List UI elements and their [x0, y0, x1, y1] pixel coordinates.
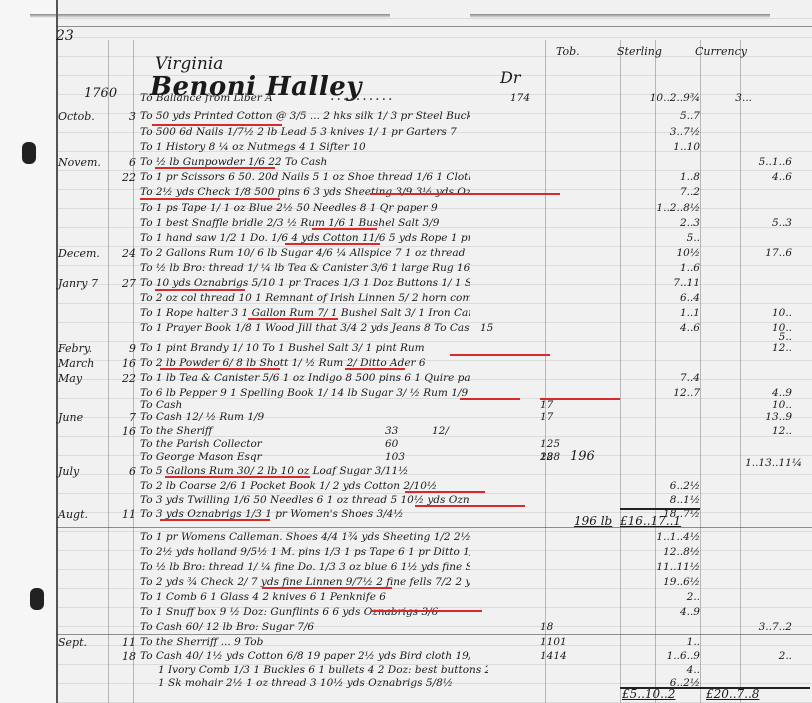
red-underline [415, 505, 525, 507]
red-underline [370, 193, 560, 195]
entry-day: 22 [114, 171, 136, 184]
sterling-amount: 1..1..4½ [620, 531, 700, 543]
entry-description: To 50 yds Printed Cotton @ 3/5 ... 2 hks… [140, 110, 470, 122]
red-underline [450, 354, 550, 356]
entry-month: Octob. [58, 110, 95, 123]
sterling-amount: 1..6..9 [620, 650, 700, 662]
sterling-amount: 1..10 [620, 141, 700, 153]
currency-amount: 4..9 [720, 387, 792, 399]
currency-column-header: Currency [695, 45, 747, 58]
entry-description: To 1 pr Scissors 6 50. 20d Nails 5 1 oz … [140, 171, 470, 183]
red-underline [345, 368, 405, 370]
entry-description: To the Sherriff ... 9 Tob [140, 636, 470, 648]
tobacco-note: 12/ [432, 425, 472, 437]
entry-day: 6 [114, 465, 136, 478]
currency-amount: 5..3 [720, 217, 792, 229]
sterling-amount: 11..11½ [620, 561, 700, 573]
entry-description: To 1 Snuff box 9 ½ Doz: Gunflints 6 6 yd… [140, 606, 470, 618]
debit-marker: Dr [500, 68, 520, 87]
sterling-final-total: £5..10..2 [622, 687, 675, 701]
red-underline [405, 491, 485, 493]
entry-month: May [58, 372, 82, 385]
entry-month: Febry. [58, 342, 92, 355]
tobacco-subtotal: 196 lb [574, 514, 612, 528]
sterling-amount: 2.. [620, 591, 700, 603]
entry-description: To 500 6d Nails 1/7½ 2 lb Lead 5 3 knive… [140, 126, 470, 138]
entry-description: To 2 Gallons Rum 10/ 6 lb Sugar 4/6 ¼ Al… [140, 247, 470, 259]
entry-day: 22 [114, 372, 136, 385]
entry-description: 1 Sk mohair 2½ 1 oz thread 3 10½ yds Ozn… [158, 677, 488, 689]
tobacco-amount: 174 [510, 92, 550, 104]
sterling-amount: 12..7 [620, 387, 700, 399]
entry-description: To 1 ps Tape 1/ 1 oz Blue 2½ 50 Needles … [140, 202, 470, 214]
sterling-subtotal: £16..17..1 [620, 514, 681, 528]
currency-amount: 4..6 [720, 171, 792, 183]
currency-amount: 10.. [720, 307, 792, 319]
entry-month: March [58, 357, 94, 370]
entry-month: Decem. [58, 247, 100, 260]
tobacco-column-header: Tob. [556, 45, 580, 58]
sterling-amount: 7..2 [620, 186, 700, 198]
sterling-amount: 5..7 [620, 110, 700, 122]
entry-description: 1 Ivory Comb 1/3 1 Buckles 6 1 bullets 4… [158, 664, 488, 676]
entry-description: To 6 lb Pepper 9 1 Spelling Book 1/ 14 l… [140, 387, 470, 399]
tobacco-amount: 60 [385, 438, 425, 450]
entry-description: To 1 Comb 6 1 Glass 4 2 knives 6 1 Penkn… [140, 591, 470, 603]
entry-day: 16 [114, 357, 136, 370]
red-underline [155, 167, 275, 169]
page-top-shadow [30, 14, 390, 18]
entry-month: June [58, 411, 83, 424]
sterling-amount: 1.. [620, 636, 700, 648]
entry-description: To ½ lb Bro: thread 1/ ¼ lb Tea & Canist… [140, 262, 470, 274]
entry-day: 7 [114, 411, 136, 424]
entry-description: To 2 oz col thread 10 1 Remnant of Irish… [140, 292, 470, 304]
red-underline [160, 368, 280, 370]
page-number: 23 [56, 28, 74, 44]
entry-description: To Cash [140, 399, 470, 411]
red-underline [262, 587, 392, 589]
currency-amount: 2.. [720, 650, 792, 662]
tobacco-amount: 17 [540, 399, 580, 411]
entry-month: Janry 7 [58, 277, 98, 290]
sterling-amount: 1..2..8½ [620, 202, 700, 214]
red-underline [140, 198, 280, 200]
red-underline [285, 243, 380, 245]
sterling-amount: 1..6 [620, 262, 700, 274]
entry-day: 11 [114, 508, 136, 521]
tobacco-amount: 103 [385, 451, 425, 463]
entry-description: To 1 History 8 ¼ oz Nutmegs 4 1 Sifter 1… [140, 141, 470, 153]
tobacco-subtotal: 196 [570, 449, 595, 464]
sterling-amount: 10½ [620, 247, 700, 259]
ledger-page: 23 Virginia Benoni Halley .......... Dr … [0, 0, 812, 703]
currency-amount: 5..1..6 [720, 156, 792, 168]
page-top-shadow-right [470, 14, 770, 18]
entry-day: 27 [114, 277, 136, 290]
tobacco-amount: 1101 [540, 636, 580, 648]
red-underline [155, 289, 245, 291]
entry-month: July [58, 465, 79, 478]
tobacco-amount: 33 [385, 425, 425, 437]
entry-description: To Cash 40/ 1½ yds Cotton 6/8 19 paper 2… [140, 650, 470, 662]
currency-amount: 10.. [720, 399, 792, 411]
header-rule [56, 26, 812, 27]
entry-day: 6 [114, 156, 136, 169]
sterling-amount: 4.. [620, 664, 700, 676]
sterling-amount: 7..11 [620, 277, 700, 289]
tobacco-amount: 1414 [540, 650, 580, 662]
entry-description: To 2½ yds Check 1/8 500 pins 6 3 yds She… [140, 186, 470, 198]
entry-day: 18 [114, 650, 136, 663]
sterling-amount: 4..9 [620, 606, 700, 618]
sterling-amount: 6..2½ [620, 480, 700, 492]
entry-description: To 2½ yds holland 9/5½ 1 M. pins 1/3 1 p… [140, 546, 470, 558]
sterling-total-rule [620, 508, 700, 510]
region-heading: Virginia [155, 54, 223, 74]
entry-description: To 1 pint Brandy 1/ 10 To 1 Bushel Salt … [140, 342, 470, 354]
sterling-amount: 3..7½ [620, 126, 700, 138]
entry-description: To ½ lb Bro: thread 1/ ¼ fine Do. 1/3 3 … [140, 561, 470, 573]
currency-amount: 3... [680, 92, 752, 104]
sterling-amount: 12..8½ [620, 546, 700, 558]
sterling-amount: 2..3 [620, 217, 700, 229]
sterling-amount: 1..1 [620, 307, 700, 319]
entry-description: To 1 best Snaffle bridle 2/3 ½ Rum 1/6 1… [140, 217, 470, 229]
sterling-amount: 6..4 [620, 292, 700, 304]
section-rule [56, 527, 812, 528]
sterling-amount: 7..4 [620, 372, 700, 384]
sterling-amount: 1..8 [620, 171, 700, 183]
entry-description: To 10 yds Oznabrigs 5/10 1 pr Traces 1/3… [140, 277, 470, 289]
currency-amount: 13..9 [720, 411, 792, 423]
currency-amount: 12.. [720, 425, 792, 437]
red-underline [372, 610, 482, 612]
sterling-amount: 8..1½ [620, 494, 700, 506]
currency-amount: 1..13..11¼ [712, 457, 802, 469]
ledger-row: Augt. 11 To 3 yds Oznabrigs 1/3 1 pr Wom… [0, 508, 812, 527]
sterling-amount: 19..6½ [620, 576, 700, 588]
entry-month: Novem. [58, 156, 101, 169]
red-underline [160, 519, 270, 521]
currency-final-total: £20..7..8 [706, 687, 759, 701]
entry-description: To 1 pr Womens Calleman. Shoes 4/4 1¾ yd… [140, 531, 470, 543]
year-label: 1760 [84, 86, 117, 101]
entry-description: To Cash 12/ ½ Rum 1/9 [140, 411, 470, 423]
entry-day: 9 [114, 342, 136, 355]
entry-day: 3 [114, 110, 136, 123]
tobacco-amount: 18 [540, 621, 580, 633]
entry-description: To Ballance from Liber A [140, 92, 470, 104]
entry-day: 24 [114, 247, 136, 260]
entry-description: To 1 lb Tea & Canister 5/6 1 oz Indigo 8… [140, 372, 470, 384]
red-underline [248, 318, 338, 320]
currency-amount: 3..7..2 [720, 621, 792, 633]
sterling-amount: 5.. [620, 232, 700, 244]
entry-day: 11 [114, 636, 136, 649]
ledger-row: 1760 To Ballance from Liber A 174 10..2.… [0, 92, 812, 111]
red-underline [312, 228, 377, 230]
currency-amount: 17..6 [720, 247, 792, 259]
entry-month: Augt. [58, 508, 88, 521]
entry-month: Sept. [58, 636, 87, 649]
entry-description: To Cash 60/ 12 lb Bro: Sugar 7/6 [140, 621, 470, 633]
currency-amount: 12.. [720, 342, 792, 354]
entry-day: 16 [114, 425, 136, 438]
sterling-column-header: Sterling [617, 45, 662, 58]
tobacco-amount: 17 [540, 411, 580, 423]
red-underline [165, 476, 310, 478]
